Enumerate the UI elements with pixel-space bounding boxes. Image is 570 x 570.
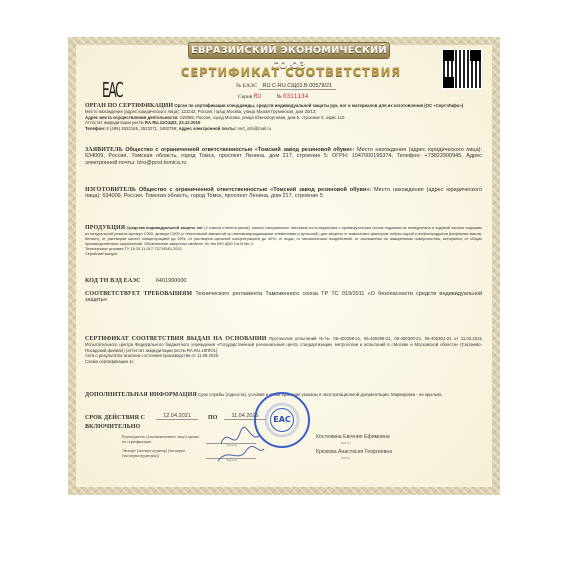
conformity-section: СООТВЕТСТВУЕТ ТРЕБОВАНИЯМ Технического р…: [85, 291, 482, 304]
stamp-eac-icon: EAC: [270, 408, 294, 432]
head-signature-label: Руководитель (уполномоченное лицо) орган…: [122, 434, 202, 444]
basis-label: СЕРТИФИКАТ СООТВЕТСТВИЯ ВЫДАН НА ОСНОВАН…: [85, 336, 267, 342]
conformity-label: СООТВЕТСТВУЕТ ТРЕБОВАНИЯМ: [85, 291, 192, 297]
number-label: №: [276, 94, 281, 100]
additional-info-label: ДОПОЛНИТЕЛЬНАЯ ИНФОРМАЦИЯ: [85, 392, 197, 398]
manufacturer-section: ИЗГОТОВИТЕЛЬ Общество с ограниченной отв…: [85, 187, 482, 200]
email-label: Адрес электронной почты:: [179, 126, 237, 131]
head-name-caption: (Ф.И.О.): [341, 442, 350, 445]
applicant-name: Общество с ограниченной ответственностью…: [125, 147, 354, 153]
registration-number-row: № ЕАЭС RU C-RU.СЩ03.В.00578/21: [236, 83, 336, 89]
phone-value: 8 (495) 2522165, 2523271, 3482759;: [106, 126, 177, 131]
accreditation-value: RA.RU.11СЩ03, 23.12.2015: [145, 120, 201, 125]
validity-inclusive-label: ВКЛЮЧИТЕЛЬНО: [85, 424, 140, 430]
head-name: Костюкина Евгения Ефимовна: [316, 434, 390, 440]
product-section: ПРОДУКЦИЯ Средства индивидуальной защиты…: [85, 225, 482, 256]
validity-from-date: 12.04.2021: [156, 413, 198, 420]
validity-from-label: СРОК ДЕЙСТВИЯ С: [85, 415, 145, 421]
tn-ved-code: 6401990000: [156, 278, 187, 284]
product-batch: Серийный выпуск: [85, 251, 117, 256]
registration-label: № ЕАЭС: [236, 83, 257, 89]
serial-number: 0311134: [283, 93, 308, 100]
expert-name-caption: (Ф.И.О.): [341, 457, 350, 460]
certification-body-address: Место нахождения (адрес юридического лиц…: [85, 109, 317, 114]
additional-info-text: Срок службы (годности), условия и сроки …: [198, 392, 443, 397]
manufacturer-label: ИЗГОТОВИТЕЛЬ: [85, 187, 136, 193]
qr-code-icon: [442, 49, 482, 89]
certification-body-name: Орган по сертификации спецодежды, средст…: [174, 103, 463, 108]
product-name: Средства индивидуальной защиты ног: [126, 225, 203, 230]
registration-number: RU C-RU.СЩ03.В.00578/21: [259, 83, 337, 90]
basis-act: Акта о результатах анализа состояния про…: [85, 353, 219, 358]
applicant-section: ЗАЯВИТЕЛЬ Общество с ограниченной ответс…: [85, 147, 482, 166]
certification-body-section: ОРГАН ПО СЕРТИФИКАЦИИ Орган по сертифика…: [85, 103, 482, 131]
certification-body-label: ОРГАН ПО СЕРТИФИКАЦИИ: [85, 103, 173, 109]
phone-label: Телефон:: [85, 126, 105, 131]
series-label: Серия: [238, 94, 252, 100]
email-value: sert_info@mail.ru: [237, 126, 271, 131]
series-value: RU: [254, 93, 261, 100]
eac-logo-icon: EAC: [102, 77, 118, 103]
activity-address-label: Адрес места осуществления деятельности:: [85, 115, 179, 120]
accreditation-label: Аттестат аккредитации рег.№: [85, 120, 144, 125]
expert-name: Крюкова Анастасия Георгиевна: [316, 449, 392, 455]
activity-address: 115088, Россия, город Москва, улица Южно…: [180, 115, 345, 120]
tn-ved-label: КОД ТН ВЭД ЕАЭС: [85, 278, 141, 284]
certificate-title: СЕРТИФИКАТ СООТВЕТСТВИЯ: [176, 65, 406, 79]
manufacturer-name: Общество с ограниченной ответственностью…: [139, 187, 371, 193]
applicant-label: ЗАЯВИТЕЛЬ: [85, 147, 123, 153]
basis-section: СЕРТИФИКАТ СООТВЕТСТВИЯ ВЫДАН НА ОСНОВАН…: [85, 336, 482, 364]
certification-scheme: Схема сертификации 1с: [85, 359, 134, 364]
tn-ved-section: КОД ТН ВЭД ЕАЭС 6401990000: [85, 278, 482, 284]
validity-to-label: ПО: [208, 415, 218, 421]
certificate-document: ЕВРАЗИЙСКИЙ ЭКОНОМИЧЕСКИЙ СОЮЗ EAC СЕРТИ…: [68, 37, 500, 495]
official-stamp-icon: EAC: [254, 392, 310, 448]
eaeu-banner: ЕВРАЗИЙСКИЙ ЭКОНОМИЧЕСКИЙ СОЮЗ: [188, 42, 390, 59]
expert-signature-label: Эксперт (эксперт-аудитор) (эксперты (экс…: [122, 448, 202, 458]
series-row: Серия RU № 0311134: [238, 93, 308, 100]
